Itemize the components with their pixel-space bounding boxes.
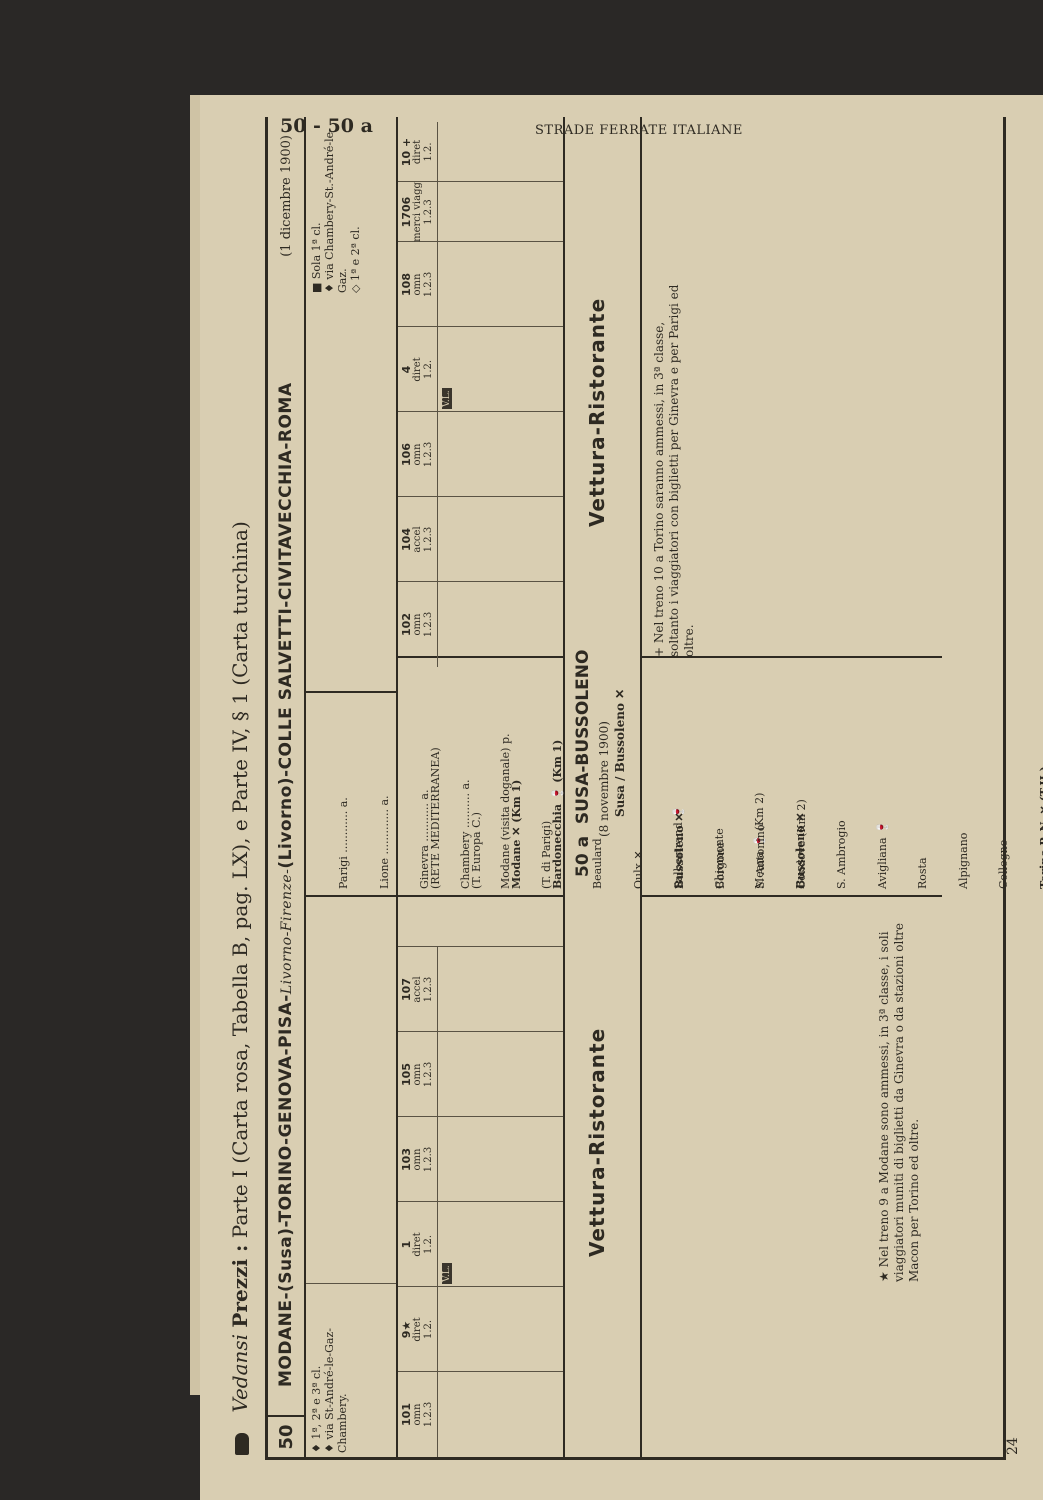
prezzi-label: Prezzi :: [228, 1245, 252, 1328]
table-title-bar: 50 MODANE-(Susa)-TORINO-GENOVA-PISA-Livo…: [268, 117, 306, 1457]
train-type: omn: [412, 614, 423, 636]
station-parigi: Parigi ............ a.: [337, 699, 351, 889]
table-50a-stations: Susa / Bussoleno ✕: [613, 689, 628, 817]
running-head: STRADE FERRATE ITALIANE: [535, 123, 743, 138]
station-bardonecchia: Bardonecchia 🍷 (Km 1): [551, 664, 565, 889]
train-header: 107accel1.2.3: [398, 947, 438, 1032]
prezzi-line: Vedansi Prezzi : Parte I (Carta rosa, Ta…: [228, 521, 252, 1455]
train-type: omn: [412, 1404, 423, 1426]
train-106: 106omn1.2.3: [398, 411, 563, 497]
foreign-stations-list: Parigi ............ a. Lione ...........…: [306, 691, 396, 897]
train-type: diret: [412, 357, 423, 381]
table-50a-number: 50 a: [573, 836, 593, 877]
station-borgone: Borgone: [714, 664, 728, 889]
train-header: 101omn1.2.3: [398, 1372, 438, 1457]
footnote-train-9: ★ Nel treno 9 a Modane sono ammessi, in …: [877, 912, 922, 1282]
bussoleno-torino-asti-section: Bussoleno ✕ Borgone S. Antonino Condove …: [642, 117, 942, 1457]
rete-label: (RETE MEDITERRANEA): [429, 664, 443, 889]
train-type: omn: [412, 274, 423, 296]
train-107: 107accel1.2.3: [398, 946, 563, 1032]
train-header: 105omn1.2.3: [398, 1032, 438, 1117]
train-9: 9★diret1.2.: [398, 1286, 563, 1372]
station-torino: Torino P. N. ✕ (T.H.): [1038, 664, 1043, 889]
route-part-1: MODANE-(Susa)-TORINO-GENOVA-PISA-: [276, 994, 296, 1387]
lower-stations-list: Bussoleno ✕ Borgone S. Antonino Condove …: [642, 656, 942, 897]
station-bussoleno-lower: Bussoleno ✕: [673, 664, 687, 889]
train-number: 108: [401, 242, 412, 327]
note-sola-1cl: ■ Sola 1ª cl.: [310, 118, 323, 293]
page-number: 24: [1005, 1437, 1021, 1455]
train-type: omn: [412, 1064, 423, 1086]
train-104: 104accel1.2.3: [398, 496, 563, 582]
train-4: 4diret1.2. V.L.: [398, 326, 563, 412]
prezzi-prefix: Vedansi: [228, 1334, 252, 1413]
train-number: 106: [401, 412, 412, 497]
train-header: 104accel1.2.3: [398, 497, 438, 582]
note-1-2-cl: ◇ 1ª e 2ª cl.: [349, 118, 362, 293]
train-class: 1.2.3: [423, 1402, 434, 1427]
table-50a-title: 50 a SUSA-BUSSOLENO: [573, 650, 593, 877]
footnote-train-10: + Nel treno 10 a Torino saranno ammessi,…: [652, 277, 697, 657]
vettura-ristorante-label-1: Vettura-Ristorante: [585, 1028, 609, 1257]
train-type: diret: [412, 1232, 423, 1256]
train-header: 1diret1.2.: [398, 1202, 438, 1287]
table-50a-route: SUSA-BUSSOLENO: [573, 650, 593, 825]
vettura-ristorante-label-2: Vettura-Ristorante: [585, 298, 609, 527]
route-part-italic: Livorno-Firenze-: [279, 869, 295, 995]
station-avigliana: Avigliana 🍷: [876, 664, 890, 889]
train-class: 1.2.3: [423, 977, 434, 1002]
station-susa: Susa: [613, 785, 627, 817]
train-header: 102omn1.2.3: [398, 582, 438, 667]
train-class: 1.2.3: [423, 272, 434, 297]
train-class: 1.2.3: [423, 527, 434, 552]
train-number: 103: [401, 1117, 412, 1202]
timetable-page: Vedansi Prezzi : Parte I (Carta rosa, Ta…: [200, 95, 1043, 1500]
station-modane: Modane ✕ (Km 1): [510, 664, 524, 889]
train-header: 103omn1.2.3: [398, 1117, 438, 1202]
train-class: 1.2.: [423, 1235, 434, 1254]
susa-bussoleno-section: 50 a SUSA-BUSSOLENO (8 novembre 1900) Su…: [565, 117, 642, 1457]
train-number: 102: [401, 582, 412, 667]
train-header: 4diret1.2.: [398, 327, 438, 412]
route-part-2: (Livorno)-COLLE SALVETTI-CIVITAVECCHIA-R…: [276, 383, 296, 869]
table-route: MODANE-(Susa)-TORINO-GENOVA-PISA-Livorno…: [276, 383, 296, 1416]
train-class: 1.2.3: [423, 199, 434, 224]
train-type: diret: [412, 140, 423, 164]
modane-bussoleno-section: 101omn1.2.3 9★diret1.2. 1diret1.2. V.L. …: [398, 117, 565, 1457]
notes-left: ♦ 1ª, 2ª e 3ª cl. ♦ via St-André-le-Gaz-…: [306, 1283, 396, 1457]
station-rosta: Rosta: [916, 664, 930, 889]
notes-right: ■ Sola 1ª cl. ♦ via Chambery-St.-André-l…: [306, 114, 396, 297]
foreign-connections-section: ♦ 1ª, 2ª e 3ª cl. ♦ via St-André-le-Gaz-…: [306, 117, 398, 1457]
main-stations-list: (RETE MEDITERRANEA) (T. Europa C.) Modan…: [398, 656, 563, 897]
train-number: 1706: [401, 182, 412, 242]
train-type: accel: [412, 526, 423, 552]
train-type: diret: [412, 1317, 423, 1341]
train-105: 105omn1.2.3: [398, 1031, 563, 1117]
rotated-page-content: Vedansi Prezzi : Parte I (Carta rosa, Ta…: [200, 95, 1043, 1500]
train-1706: 1706merci viagg1.2.3: [398, 181, 563, 242]
table-50a-date: (8 novembre 1900): [597, 721, 612, 837]
train-header: 108omn1.2.3: [398, 242, 438, 327]
train-header: 106omn1.2.3: [398, 412, 438, 497]
train-class: 1.2.3: [423, 1062, 434, 1087]
train-number: 10 +: [401, 122, 412, 182]
train-number: 104: [401, 497, 412, 582]
station-bussoleno-50a: Bussoleno ✕: [613, 689, 627, 773]
train-103: 103omn1.2.3: [398, 1116, 563, 1202]
train-class: 1.2.: [423, 1320, 434, 1339]
train-header: 1706merci viagg1.2.3: [398, 182, 438, 242]
train-type: accel: [412, 976, 423, 1002]
vagon-lit-badge: V.L.: [442, 388, 452, 409]
train-number: 105: [401, 1032, 412, 1117]
train-number: 101: [401, 1372, 412, 1457]
train-number: 1: [401, 1202, 412, 1287]
page-code: 50 - 50 a: [280, 115, 373, 137]
train-class: 1.2.3: [423, 442, 434, 467]
station-lione: Lione ............. a.: [378, 699, 392, 889]
pointing-hand-icon: [235, 1433, 249, 1455]
note-classes: ♦ 1ª, 2ª e 3ª cl.: [310, 1288, 323, 1453]
train-1: 1diret1.2. V.L.: [398, 1201, 563, 1287]
train-101: 101omn1.2.3: [398, 1371, 563, 1457]
table-date: (1 dicembre 1900): [279, 135, 294, 257]
station-condove: Condove (Km 2): [795, 664, 809, 889]
station-s-antonino: S. Antonino: [754, 664, 768, 889]
train-number: 4: [401, 327, 412, 412]
train-class: 1.2.: [423, 360, 434, 379]
table-number: 50: [268, 1415, 304, 1457]
train-header: 9★diret1.2.: [398, 1287, 438, 1372]
train-class: 1.2.3: [423, 612, 434, 637]
note-via: ♦ via St-André-le-Gaz-Chambery.: [323, 1288, 349, 1453]
train-number: 9★: [401, 1287, 412, 1372]
station-alpignano: Alpignano: [957, 664, 971, 889]
train-number: 107: [401, 947, 412, 1032]
train-102: 102omn1.2.3: [398, 581, 563, 667]
europa-label: (T. Europa C.): [470, 664, 484, 889]
station-collegno: Collegno: [997, 664, 1011, 889]
train-type: omn: [412, 444, 423, 466]
train-header: 10 +diret1.2.: [398, 122, 438, 182]
train-108: 108omn1.2.3: [398, 241, 563, 327]
station-s-ambrogio: S. Ambrogio: [835, 664, 849, 889]
train-class: 1.2.: [423, 142, 434, 161]
note-via-chambery: ♦ via Chambery-St.-André-le-Gaz.: [323, 118, 349, 293]
train-type: omn: [412, 1149, 423, 1171]
prezzi-text: Parte I (Carta rosa, Tabella B, pag. LX)…: [228, 521, 252, 1238]
train-class: 1.2.3: [423, 1147, 434, 1172]
timetable-frame: 50 MODANE-(Susa)-TORINO-GENOVA-PISA-Livo…: [265, 117, 1006, 1460]
train-type: merci viagg: [412, 182, 423, 242]
vagon-lit-badge: V.L.: [442, 1263, 452, 1284]
